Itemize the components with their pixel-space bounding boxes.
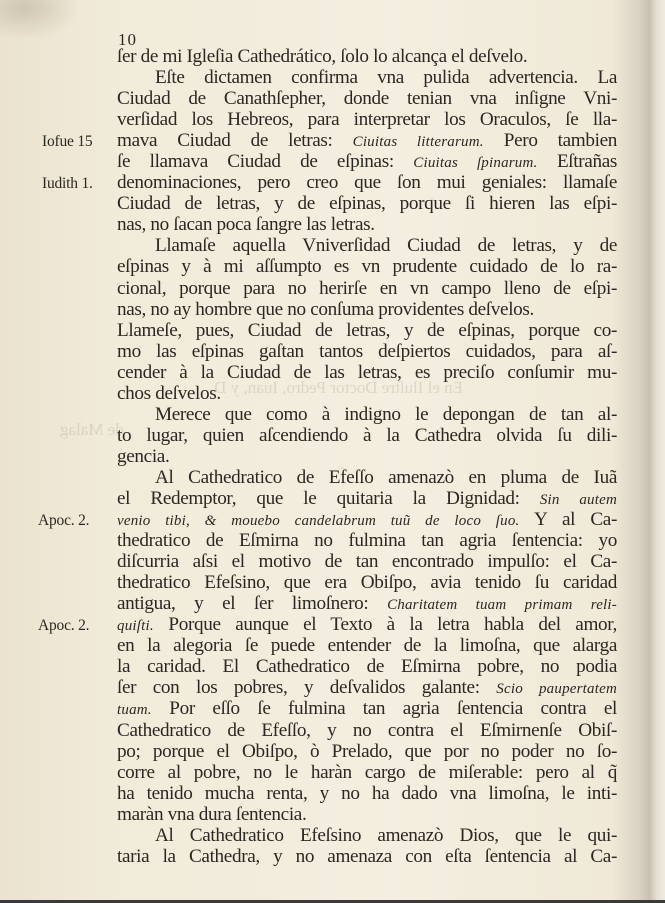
text-line: ha tenido mucha renta, y no ha dado vna …: [117, 783, 617, 804]
line-roman-text: thedratico de Eſmirna no fulmina tan agr…: [117, 530, 617, 551]
line-roman-text: antigua, y el ſer limoſnero:: [117, 593, 387, 614]
paper-stain: [0, 0, 80, 40]
line-roman-text: Por eſſo ſe fulmina tan agria ſentencia …: [152, 698, 617, 719]
line-roman-text: Eſte dictamen confirma vna pulida advert…: [155, 67, 617, 88]
text-line: gencia.: [117, 446, 617, 467]
text-line: el Redemptor, que le quitaria la Dignida…: [117, 488, 617, 509]
margin-citation: Apoc. 2.: [38, 512, 89, 530]
line-roman-text: Pero tambien: [484, 130, 617, 151]
text-line: denominaciones, pero creo que ſon mui ge…: [117, 172, 617, 193]
text-line: la caridad. El Cathedratico de Eſmirna p…: [117, 656, 617, 677]
line-roman-text: ha tenido mucha renta, y no ha dado vna …: [117, 783, 617, 804]
line-roman-text: thedratico Efeſsino, que era Obiſpo, avi…: [117, 572, 617, 593]
line-roman-text: ſer con los pobres, y deſvalidos galante…: [117, 677, 496, 698]
text-line: corre al pobre, no le haràn cargo de miſ…: [117, 762, 617, 783]
line-roman-text: diſcurria aſsi el motivo de tan encontra…: [117, 551, 617, 572]
line-roman-text: mava Ciudad de letras:: [117, 130, 353, 151]
text-line: venio tibi, & mouebo candelabrum tuũ de …: [117, 509, 617, 530]
latin-quotation: Sin autem: [540, 492, 617, 508]
line-roman-text: verſidad los Hebreos, para interpretar l…: [117, 109, 617, 130]
line-roman-text: Ciudad de Canathſepher, donde tenian vna…: [117, 88, 617, 109]
text-line: eſpinas y à mi aſſumpto es vn prudente c…: [117, 256, 617, 277]
margin-citation: Iofue 15: [42, 133, 92, 151]
line-roman-text: mo las eſpinas gaſtan tantos deſpiertos …: [117, 341, 617, 362]
scanned-book-page: 10 ſer de mi Igleſia Cathedrático, ſolo …: [0, 0, 665, 903]
line-roman-text: Merece que como à indigno le depongan de…: [155, 404, 617, 425]
line-roman-text: ſe llamava Ciudad de eſpinas:: [117, 151, 413, 172]
text-line: Ciudad de Canathſepher, donde tenian vna…: [117, 88, 617, 109]
line-roman-text: po; porque el Obiſpo, ò Prelado, que por…: [117, 741, 617, 762]
latin-quotation: quiſti.: [117, 618, 154, 634]
line-roman-text: ſer de mi Igleſia Cathedrático, ſolo lo …: [117, 46, 527, 67]
text-line: to lugar, quien aſcendiendo à la Cathedr…: [117, 425, 617, 446]
line-roman-text: eſpinas y à mi aſſumpto es vn prudente c…: [117, 256, 617, 277]
latin-quotation: Scio paupertatem: [496, 681, 617, 697]
text-line: mava Ciudad de letras: Ciuitas litteraru…: [117, 130, 617, 151]
text-line: thedratico de Eſmirna no fulmina tan agr…: [117, 530, 617, 551]
latin-quotation: tuam.: [117, 702, 152, 718]
text-line: diſcurria aſsi el motivo de tan encontra…: [117, 551, 617, 572]
text-line: maràn vna dura ſentencia.: [117, 804, 617, 825]
text-line: thedratico Efeſsino, que era Obiſpo, avi…: [117, 572, 617, 593]
line-roman-text: Al Cathedratico de Efeſſo amenazò en plu…: [155, 467, 617, 488]
latin-quotation: venio tibi, & mouebo candelabrum tuũ de …: [117, 513, 519, 529]
line-roman-text: Al Cathedratico Efeſsino amenazò Dios, q…: [155, 825, 617, 846]
margin-citation: Iudith 1.: [42, 175, 93, 193]
line-roman-text: el Redemptor, que le quitaria la Dignida…: [117, 488, 540, 509]
text-line: ſer con los pobres, y deſvalidos galante…: [117, 677, 617, 698]
text-line: verſidad los Hebreos, para interpretar l…: [117, 109, 617, 130]
text-line: mo las eſpinas gaſtan tantos deſpiertos …: [117, 341, 617, 362]
line-roman-text: taria la Cathedra, y no amenaza con eſta…: [117, 846, 617, 867]
line-roman-text: Y al Ca-: [519, 509, 617, 530]
text-line: en la alegoria ſe puede entender de la l…: [117, 635, 617, 656]
line-roman-text: maràn vna dura ſentencia.: [117, 804, 306, 825]
line-roman-text: nas, no ſacan poca ſangre las letras.: [117, 214, 375, 235]
line-roman-text: Llamaſe aquella Vniverſidad Ciudad de le…: [155, 235, 617, 256]
line-roman-text: nas, no ay hombre que no conſuma provide…: [117, 299, 534, 320]
bleed-through-line: En el Iluſtre Doctor Pedro, Iuan, y D.: [210, 378, 463, 398]
margin-citation: Apoc. 2.: [38, 617, 89, 635]
text-line: nas, no ay hombre que no conſuma provide…: [117, 299, 617, 320]
text-line: Merece que como à indigno le depongan de…: [117, 404, 617, 425]
text-line: Al Cathedratico de Efeſſo amenazò en plu…: [117, 467, 617, 488]
line-roman-text: la caridad. El Cathedratico de Eſmirna p…: [117, 656, 617, 677]
line-roman-text: to lugar, quien aſcendiendo à la Cathedr…: [117, 425, 617, 446]
line-roman-text: chos deſvelos.: [117, 383, 221, 404]
latin-quotation: Ciuitas ſpinarum.: [413, 155, 537, 171]
latin-quotation: Charitatem tuam primam reli-: [387, 597, 617, 613]
text-line: Eſte dictamen confirma vna pulida advert…: [117, 67, 617, 88]
bleed-through-line: de Malag: [60, 420, 124, 440]
text-line: Al Cathedratico Efeſsino amenazò Dios, q…: [117, 825, 617, 846]
line-roman-text: Porque aunque el Texto à la letra habla …: [154, 614, 617, 635]
line-roman-text: gencia.: [117, 446, 169, 467]
line-roman-text: en la alegoria ſe puede entender de la l…: [117, 635, 617, 656]
line-roman-text: denominaciones, pero creo que ſon mui ge…: [117, 172, 617, 193]
body-text: ſer de mi Igleſia Cathedrático, ſolo lo …: [117, 46, 617, 867]
line-roman-text: Eſtrañas: [538, 151, 618, 172]
line-roman-text: Cathedratico de Efeſſo, y no contra el E…: [117, 720, 617, 741]
line-roman-text: Llameſe, pues, Ciudad de letras, y de eſ…: [117, 320, 617, 341]
text-line: Llameſe, pues, Ciudad de letras, y de eſ…: [117, 320, 617, 341]
line-roman-text: corre al pobre, no le haràn cargo de miſ…: [117, 762, 617, 783]
line-roman-text: cional, porque para no herirſe en vn cam…: [117, 278, 617, 299]
latin-quotation: Ciuitas litterarum.: [353, 134, 484, 150]
text-line: cional, porque para no herirſe en vn cam…: [117, 278, 617, 299]
text-line: antigua, y el ſer limoſnero: Charitatem …: [117, 593, 617, 614]
text-line: taria la Cathedra, y no amenaza con eſta…: [117, 846, 617, 867]
text-line: quiſti. Porque aunque el Texto à la letr…: [117, 614, 617, 635]
page-gutter-shadow: [639, 0, 665, 903]
line-roman-text: Ciudad de letras, y de eſpinas, porque ſ…: [117, 193, 617, 214]
text-line: tuam. Por eſſo ſe fulmina tan agria ſent…: [117, 698, 617, 719]
text-line: nas, no ſacan poca ſangre las letras.: [117, 214, 617, 235]
text-line: Cathedratico de Efeſſo, y no contra el E…: [117, 720, 617, 741]
text-line: Ciudad de letras, y de eſpinas, porque ſ…: [117, 193, 617, 214]
text-line: ſer de mi Igleſia Cathedrático, ſolo lo …: [117, 46, 617, 67]
text-line: po; porque el Obiſpo, ò Prelado, que por…: [117, 741, 617, 762]
text-line: Llamaſe aquella Vniverſidad Ciudad de le…: [117, 235, 617, 256]
text-line: ſe llamava Ciudad de eſpinas: Ciuitas ſp…: [117, 151, 617, 172]
